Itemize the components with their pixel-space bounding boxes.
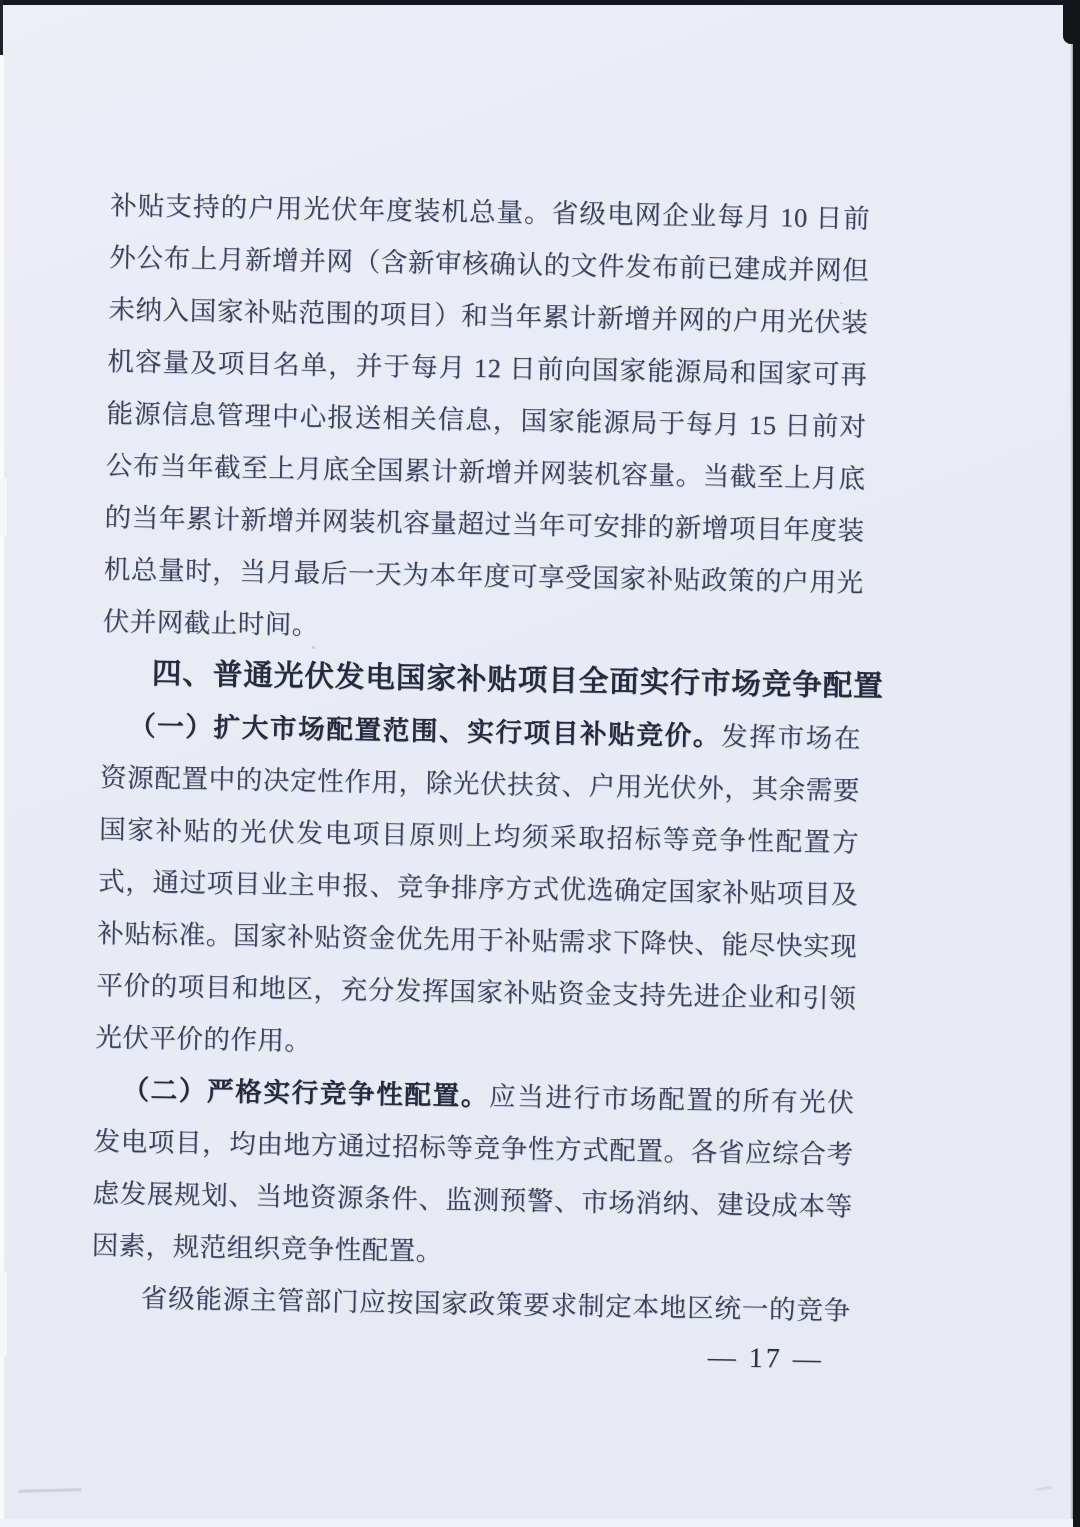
text-segment: 发电项目，均由地方通过招标等竞争性方式配置。各省应综合考 (93, 1126, 853, 1170)
text-segment: 因素，规范组织竞争性配置。 (91, 1230, 442, 1266)
bold-segment: 四、普通光伏发电国家补贴项目全面实行市场竞争配置 (152, 658, 884, 703)
text-segment: 虑发展规划、当地资源条件、监测预警、市场消纳、建设成本等 (92, 1178, 852, 1222)
bold-segment: （二）严格实行竞争性配置。 (122, 1075, 489, 1112)
text-segment: 发挥市场在 (721, 721, 861, 753)
scan-edge-top (0, 0, 1080, 5)
scan-mark-bottom-right (1036, 1486, 1052, 1492)
scan-edge-bottom (0, 1519, 1073, 1527)
text-segment: 补贴标准。国家补贴资金优先用于补贴需求下降快、能尽快实现 (97, 918, 857, 962)
bold-segment: （一）扩大市场配置范围、实行项目补贴竞价。 (129, 711, 722, 752)
scan-edge-right (1073, 0, 1080, 1527)
scan-notch-left-1 (0, 478, 7, 536)
text-segment: 光伏平价的作用。 (95, 1022, 311, 1056)
text-segment: 式，通过项目业主申报、竞争排序方式优选确定国家补贴项目及 (98, 866, 858, 910)
dust-speck (840, 302, 843, 304)
text-segment: 资源配置中的决定性作用，除光伏扶贫、户用光伏外，其余需要 (100, 762, 860, 806)
text-segment: 平价的项目和地区，充分发挥国家补贴资金支持先进企业和引领 (96, 970, 856, 1014)
text-segment: 机总量时，当月最后一天为本年度可享受国家补贴政策的户用光 (103, 554, 863, 598)
text-segment: 未纳入国家补贴范围的项目）和当年累计新增并网的户用光伏装 (108, 294, 868, 338)
text-segment: 公布当年截至上月底全国累计新增并网装机容量。当截至上月底 (105, 450, 865, 494)
text-segment: 外公布上月新增并网（含新审核确认的文件发布前已建成并网但 (109, 242, 869, 286)
text-segment: 伏并网截止时间。 (103, 606, 319, 640)
text-segment: 国家补贴的光伏发电项目原则上均须采取招标等竞争性配置方 (99, 814, 859, 858)
document-text-block: 补贴支持的户用光伏年度装机总量。省级电网企业每月 10 日前对 外公布上月新增并… (89, 179, 870, 1388)
scan-corner-top-right (1063, 0, 1080, 44)
text-segment: 省级能源主管部门应按国家政策要求制定本地区统一的竞争 (141, 1283, 851, 1326)
scan-mark-bottom-left (18, 1488, 82, 1493)
dust-speck (312, 646, 315, 649)
text-segment: 的当年累计新增并网装机容量超过当年可安排的新增项目年度装 (104, 502, 864, 546)
document-page: 补贴支持的户用光伏年度装机总量。省级电网企业每月 10 日前对 外公布上月新增并… (0, 0, 1080, 1527)
scan-edge-left-dark (0, 0, 3, 57)
text-segment: 应当进行市场配置的所有光伏 (489, 1081, 855, 1118)
scan-notch-left-2 (0, 1272, 7, 1356)
